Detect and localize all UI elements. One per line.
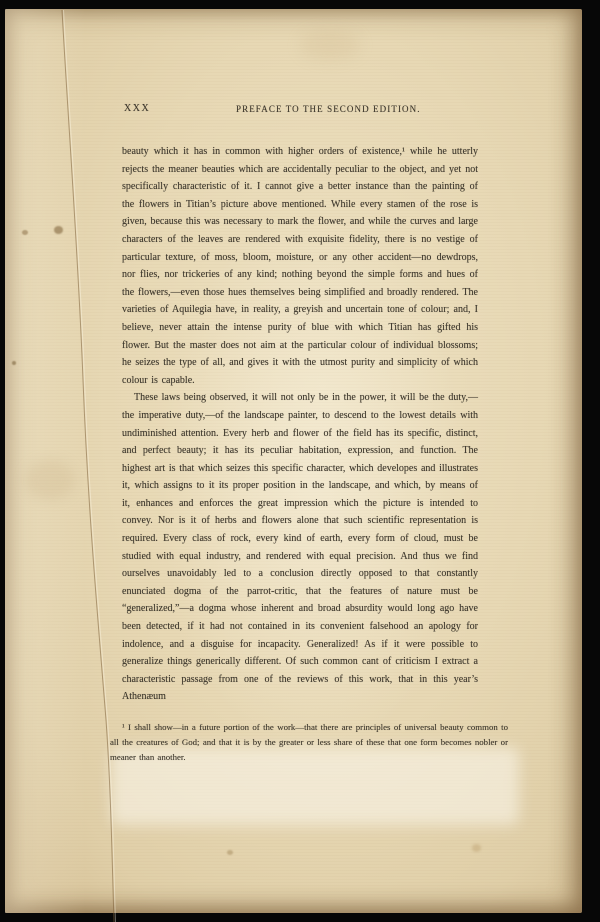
page-number: xxx [124,103,150,114]
page-header: xxx PREFACE TO THE SECOND EDITION. [122,99,478,121]
foxing-spot [22,230,28,235]
page-content: xxx PREFACE TO THE SECOND EDITION. beaut… [122,99,478,765]
paragraph: These laws being observed, it will not o… [122,389,478,706]
paragraph: beauty which it has in common with highe… [122,143,478,389]
foxing-spot [227,850,233,855]
foxing-spot [54,226,63,234]
foxing-spot [472,844,481,852]
paper-blotch [300,30,360,60]
body-text: beauty which it has in common with highe… [122,143,478,706]
scan-background: { "page": { "number": "xxx", "running_ti… [0,0,600,922]
foxing-spot [12,361,16,365]
paper-blotch [25,460,75,500]
footnote: ¹ I shall show—in a future portion of th… [110,720,508,765]
running-title: PREFACE TO THE SECOND EDITION. [236,104,421,114]
